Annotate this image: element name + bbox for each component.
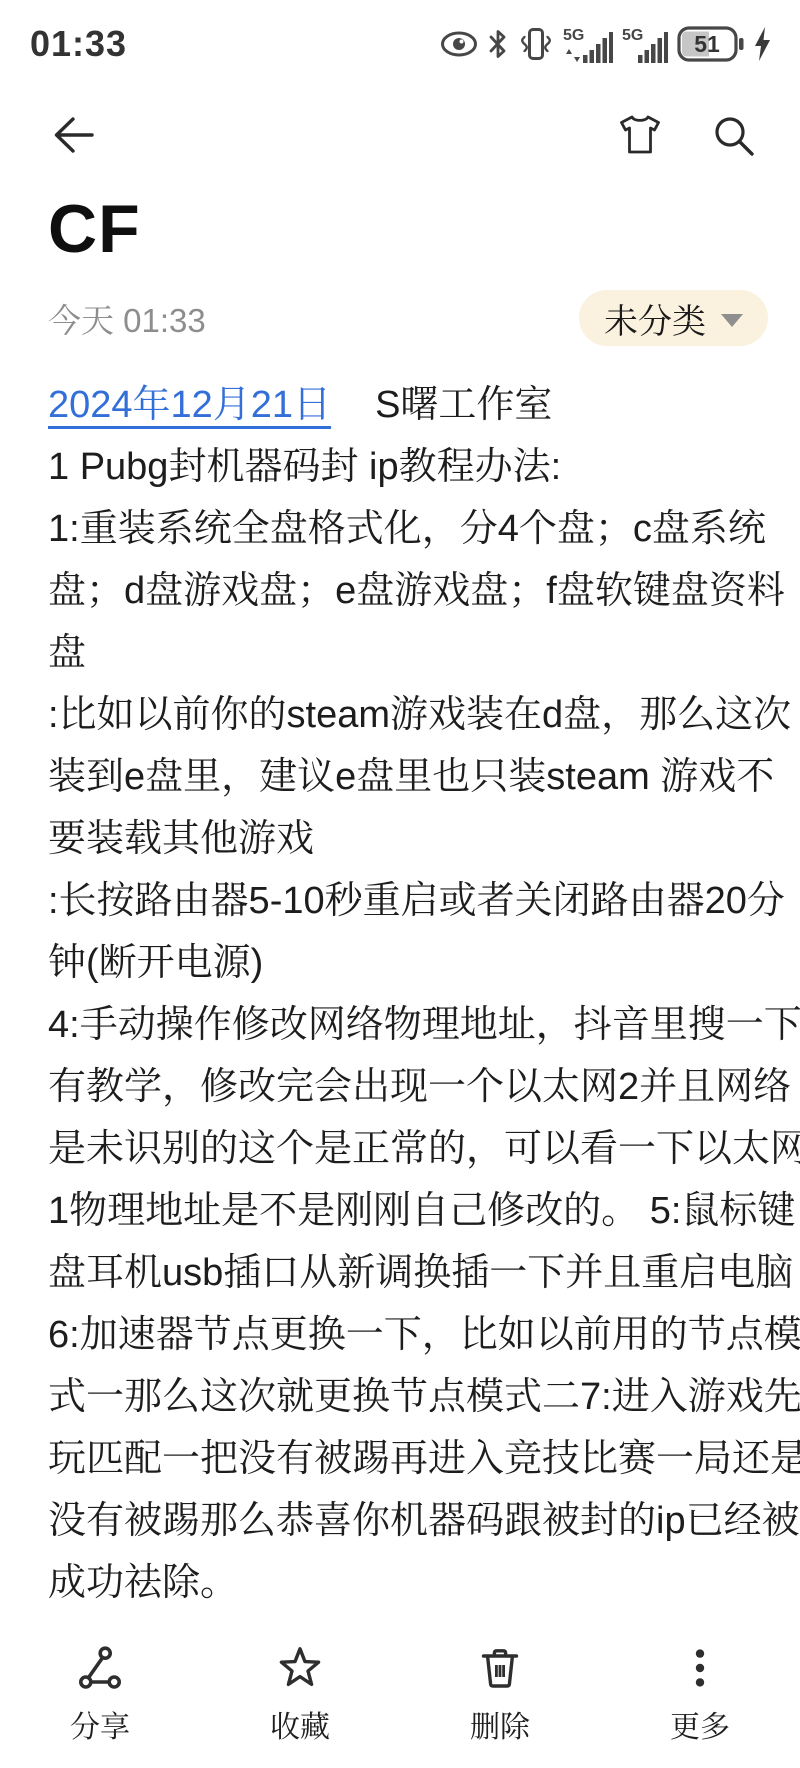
- note-line: 成功祛除。: [48, 1552, 800, 1614]
- status-icons: 5G 5G 5G 5G: [440, 25, 772, 63]
- more-label: 更多: [670, 1702, 730, 1746]
- note-line: :比如以前你的steam游戏装在d盘，那么这次: [48, 684, 800, 746]
- note-line: 盘耳机usb插口从新调换插一下并且重启电脑: [48, 1242, 800, 1304]
- note-line: 盘: [48, 622, 800, 684]
- note-title: CF: [48, 190, 800, 268]
- note-line: 1:重装系统全盘格式化，分4个盘；c盘系统: [48, 498, 800, 560]
- note-line-link: 2024年12月21日S曙工作室: [48, 374, 800, 436]
- signal-5g-icon: 5G 5G: [622, 25, 668, 63]
- trash-icon: [475, 1644, 525, 1692]
- note-line: 盘；d盘游戏盘；e盘游戏盘；f盘软键盘资料: [48, 560, 800, 622]
- more-vertical-icon: [675, 1644, 725, 1692]
- note-line: 6:加速器节点更换一下，比如以前用的节点模: [48, 1304, 800, 1366]
- favorite-button[interactable]: 收藏: [200, 1630, 400, 1768]
- note-line: 钟(断开电源): [48, 932, 800, 994]
- battery-percent-text: 51: [694, 31, 720, 57]
- signal-5g-icon: 5G 5G: [563, 25, 613, 63]
- note-line: 要装载其他游戏: [48, 808, 800, 870]
- author-text: S曙工作室: [375, 384, 552, 426]
- nav-bar: [0, 106, 800, 164]
- note-line: 玩匹配一把没有被踢再进入竞技比赛一局还是: [48, 1428, 800, 1490]
- bottom-toolbar: 分享 收藏 删除 更多: [0, 1630, 800, 1768]
- note-body: 2024年12月21日S曙工作室 1 Pubg封机器码封 ip教程办法:1:重装…: [0, 374, 800, 1614]
- theme-tshirt-icon: [616, 111, 664, 159]
- back-arrow-icon: [46, 111, 98, 159]
- status-bar: 01:33 5G: [0, 0, 800, 66]
- chevron-down-icon: [721, 314, 743, 327]
- delete-button[interactable]: 删除: [400, 1630, 600, 1768]
- note-line: 1物理地址是不是刚刚自己修改的。 5:鼠标键: [48, 1180, 800, 1242]
- share-label: 分享: [70, 1702, 130, 1746]
- share-button[interactable]: 分享: [0, 1630, 200, 1768]
- share-icon: [75, 1644, 125, 1692]
- charging-bolt-icon: [754, 27, 772, 61]
- vibrate-icon: [518, 27, 554, 61]
- note-line: :长按路由器5-10秒重启或者关闭路由器20分: [48, 870, 800, 932]
- note-meta-row: 今天 01:33 未分类: [48, 290, 768, 346]
- eye-comfort-icon: [440, 30, 478, 58]
- category-label: 未分类: [604, 294, 706, 343]
- note-line: 没有被踢那么恭喜你机器码跟被封的ip已经被: [48, 1490, 800, 1552]
- search-icon: [710, 112, 756, 158]
- note-line: 4:手动操作修改网络物理地址，抖音里搜一下: [48, 994, 800, 1056]
- note-timestamp: 今天 01:33: [48, 295, 206, 342]
- delete-label: 删除: [470, 1702, 530, 1746]
- more-button[interactable]: 更多: [600, 1630, 800, 1768]
- note-line: 装到e盘里，建议e盘里也只装steam 游戏不: [48, 746, 800, 808]
- back-button[interactable]: [46, 111, 98, 159]
- date-link[interactable]: 2024年12月21日: [48, 384, 331, 426]
- note-line: 是未识别的这个是正常的，可以看一下以太网: [48, 1118, 800, 1180]
- svg-text:5G: 5G: [563, 27, 584, 44]
- bluetooth-icon: [487, 28, 509, 60]
- note-line: 有教学，修改完会出现一个以太网2并且网络: [48, 1056, 800, 1118]
- star-icon: [275, 1644, 325, 1692]
- theme-tshirt-button[interactable]: [616, 111, 664, 159]
- svg-text:5G: 5G: [622, 27, 643, 44]
- note-line: 1 Pubg封机器码封 ip教程办法:: [48, 436, 800, 498]
- note-line: 式一那么这次就更换节点模式二7:进入游戏先: [48, 1366, 800, 1428]
- favorite-label: 收藏: [270, 1702, 330, 1746]
- category-selector[interactable]: 未分类: [579, 290, 768, 346]
- note-content-lines: 1 Pubg封机器码封 ip教程办法:1:重装系统全盘格式化，分4个盘；c盘系统…: [48, 436, 800, 1614]
- search-button[interactable]: [710, 112, 756, 158]
- clock-time: 01:33: [30, 23, 127, 65]
- battery-icon: 51: [677, 25, 745, 63]
